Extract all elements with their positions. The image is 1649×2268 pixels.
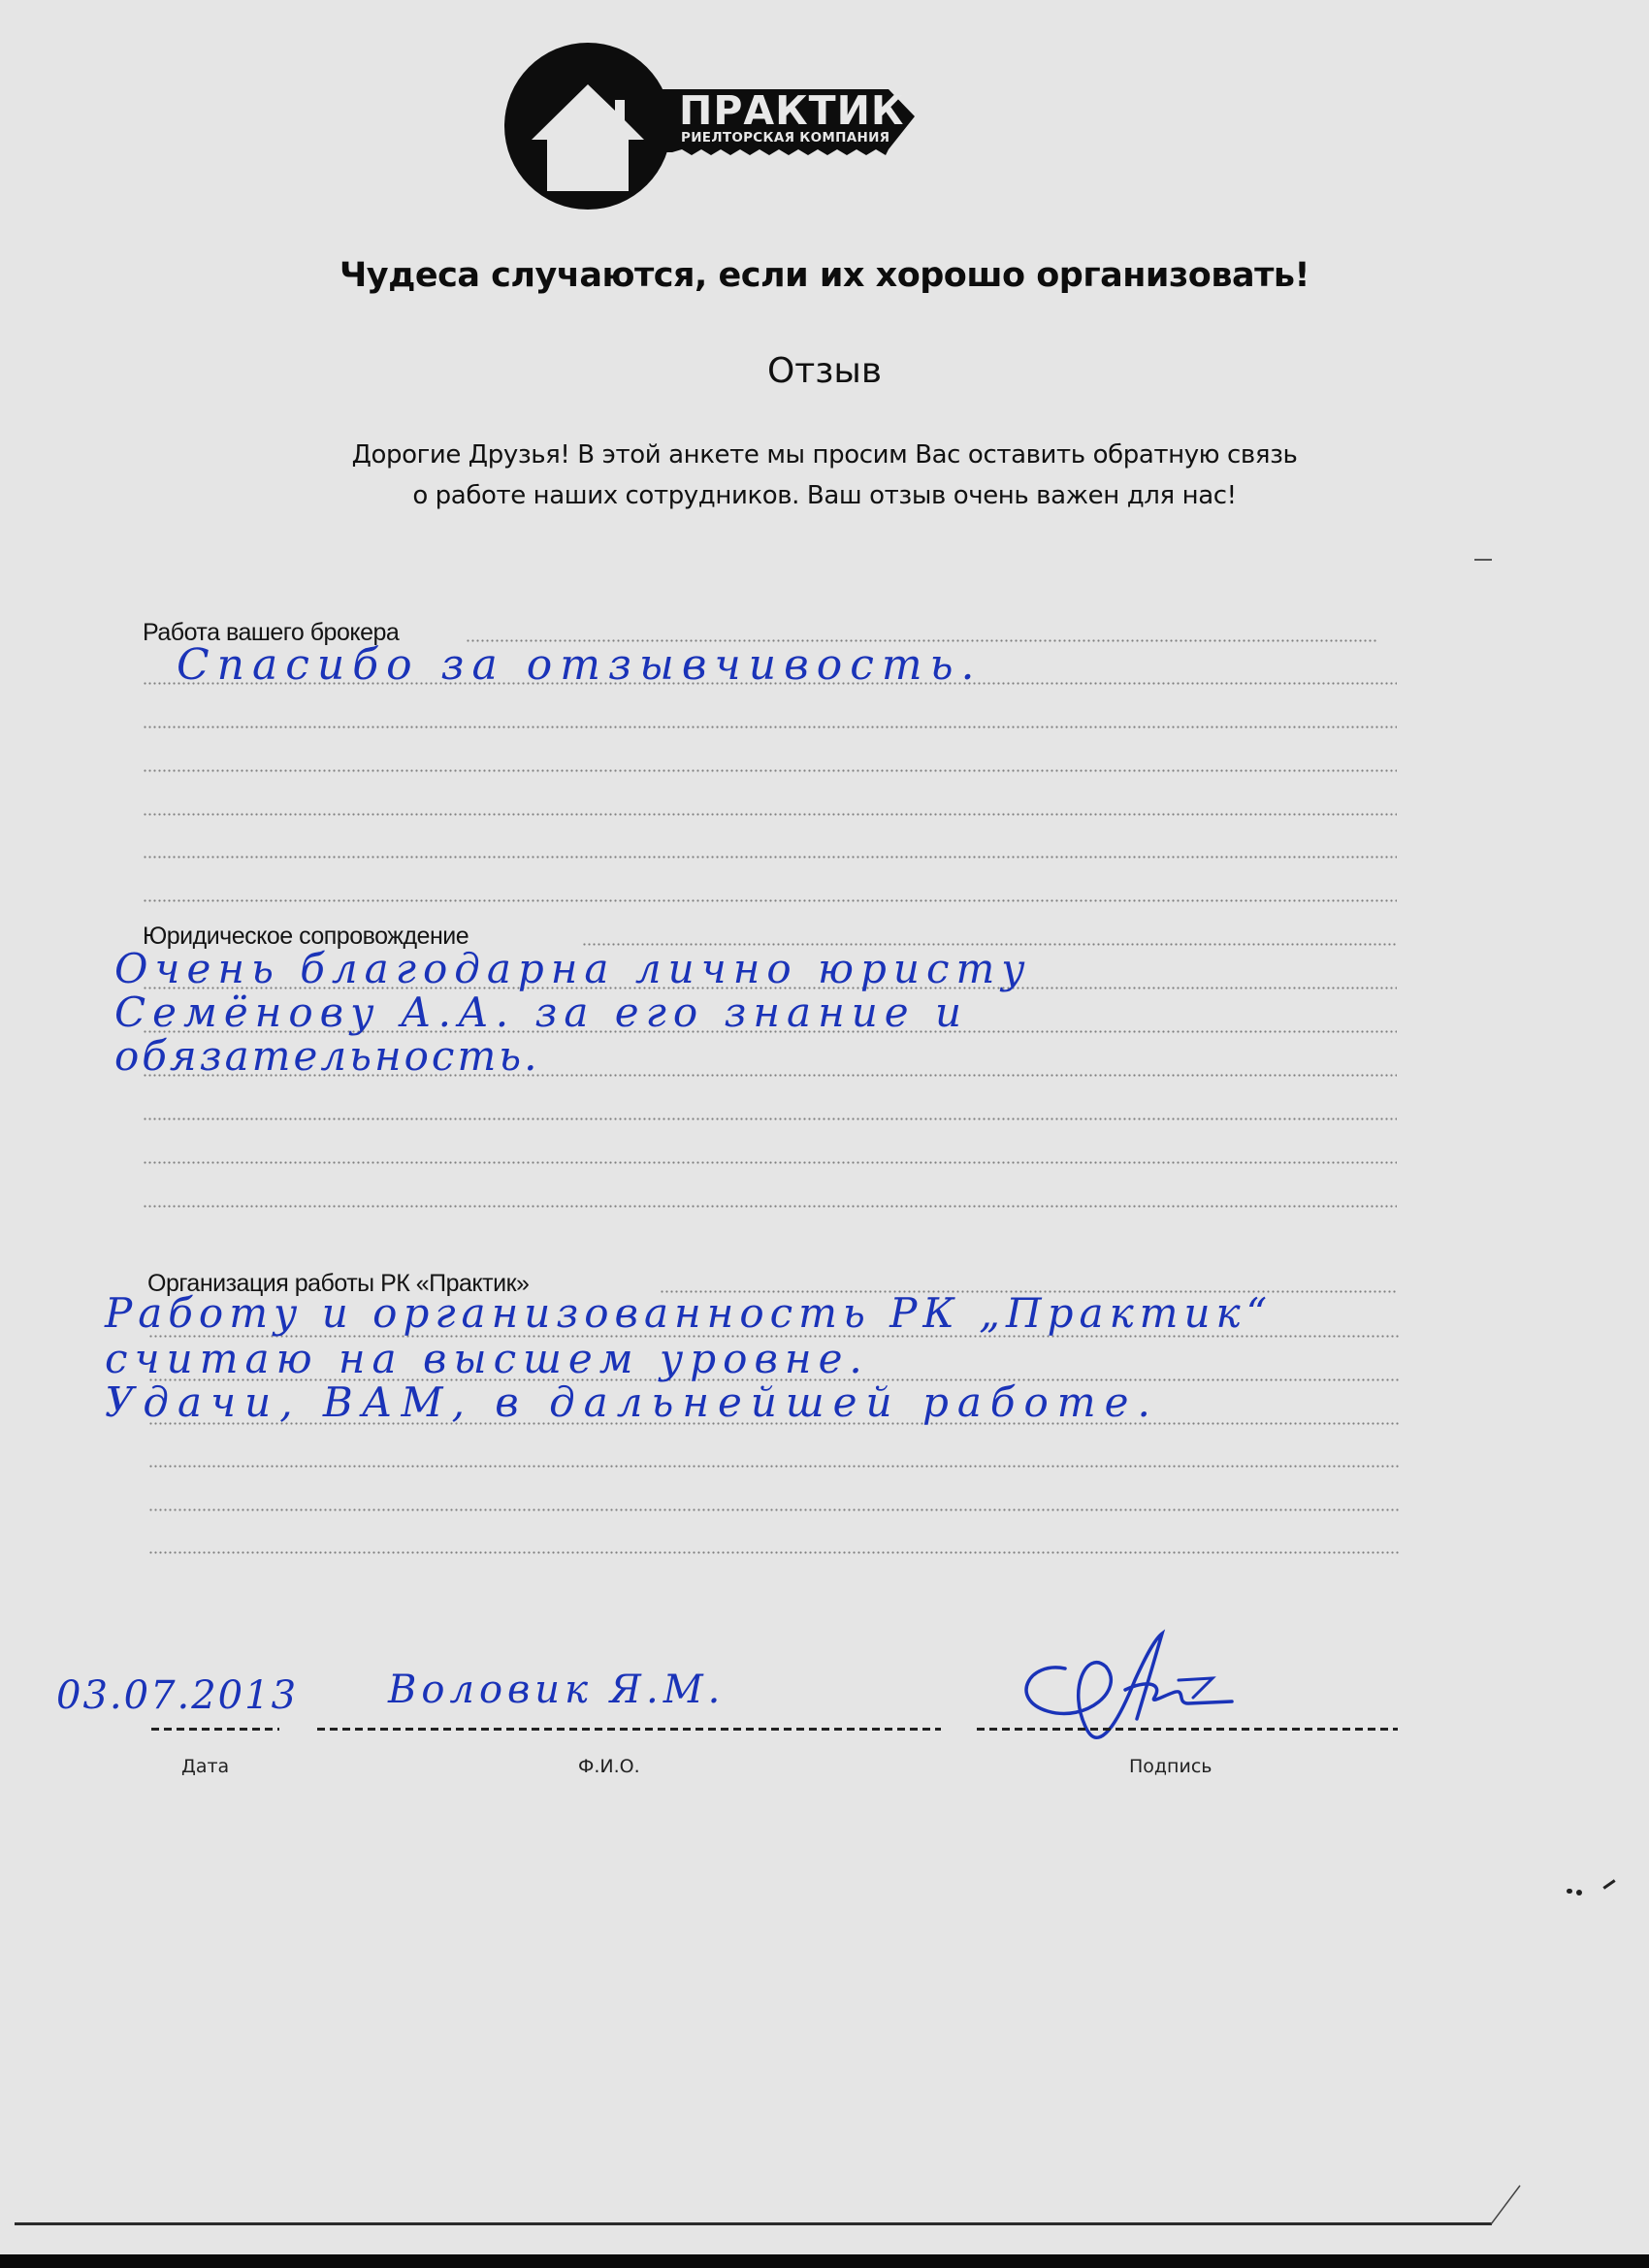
intro-line-1: Дорогие Друзья! В этой анкете мы просим … (0, 438, 1649, 471)
answer-line[interactable] (143, 1118, 1397, 1120)
handwritten-answer-broker: Спасибо за отзывчивость. (177, 644, 983, 687)
bottom-rule (15, 2222, 1492, 2225)
slogan: Чудеса случаются, если их хорошо организ… (0, 255, 1649, 296)
answer-line[interactable] (143, 769, 1397, 772)
answer-line[interactable] (143, 856, 1397, 859)
answer-line[interactable] (143, 1205, 1397, 1208)
scan-mark (1602, 1879, 1615, 1889)
scan-mark (1576, 1890, 1582, 1895)
signature-line[interactable] (977, 1728, 1398, 1731)
date-line[interactable] (151, 1728, 279, 1731)
name-label: Ф.И.О. (578, 1756, 640, 1777)
company-logo: ПРАКТИК РИЕЛТОРСКАЯ КОМПАНИЯ (502, 41, 920, 215)
bottom-rule-tick (1488, 2183, 1527, 2227)
handwritten-answer-organization-2: считаю на высшем уровне. (105, 1339, 869, 1379)
date-value: 03.07.2013 (56, 1676, 298, 1715)
logo-subtitle: РИЕЛТОРСКАЯ КОМПАНИЯ (681, 132, 889, 146)
page-title: Отзыв (0, 350, 1649, 393)
answer-line[interactable] (148, 1551, 1399, 1554)
handwritten-answer-legal-3: обязательность. (114, 1036, 539, 1077)
logo-brand-name: ПРАКТИК (679, 91, 904, 131)
date-label: Дата (181, 1756, 229, 1777)
answer-line[interactable] (143, 899, 1397, 902)
handwritten-signature (1009, 1622, 1329, 1767)
name-value: Воловик Я.М. (388, 1670, 725, 1709)
handwritten-answer-legal-2: Семёнову А.А. за его знание и (114, 992, 968, 1033)
handwritten-answer-organization-1: Работу и организованность РК „Практик“ (105, 1293, 1273, 1334)
intro-line-2: о работе наших сотрудников. Ваш отзыв оч… (0, 479, 1649, 512)
answer-line[interactable] (148, 1465, 1399, 1468)
scan-border (0, 2254, 1649, 2268)
handwritten-answer-legal-1: Очень благодарна лично юристу (114, 949, 1032, 989)
scan-mark (1567, 1889, 1572, 1894)
answer-line[interactable] (143, 1161, 1397, 1164)
handwritten-answer-organization-3: Удачи, ВАМ, в дальнейшей работе. (105, 1382, 1159, 1423)
scan-mark (1474, 559, 1492, 561)
answer-line[interactable] (143, 813, 1397, 816)
answer-line[interactable] (148, 1508, 1399, 1511)
name-line[interactable] (317, 1728, 941, 1731)
signature-label: Подпись (1129, 1756, 1212, 1777)
answer-line[interactable] (143, 726, 1397, 729)
